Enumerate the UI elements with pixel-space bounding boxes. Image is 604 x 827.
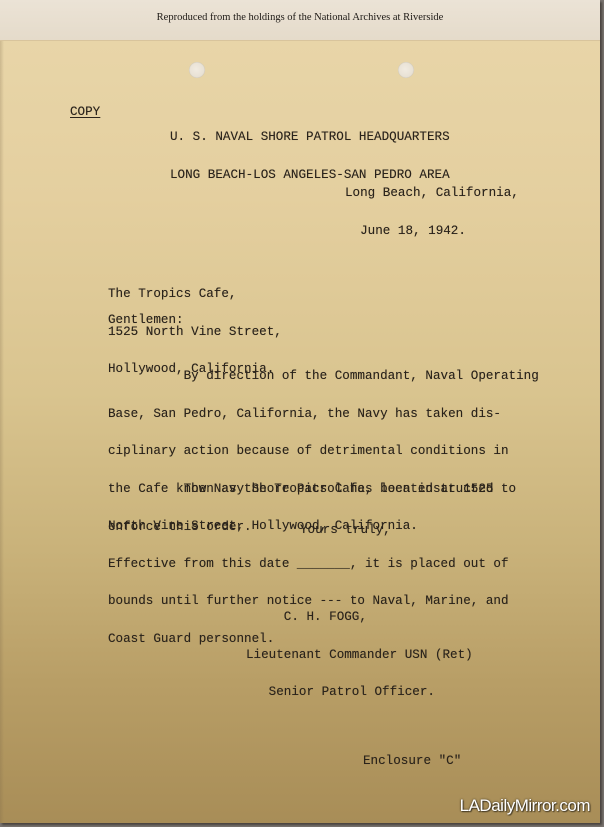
paragraph-2-line: The Navy Shore Patrol has been instructe…: [108, 483, 516, 496]
scan-frame: Reproduced from the holdings of the Nati…: [0, 0, 600, 823]
punch-hole-right-icon: [398, 62, 414, 78]
paragraph-1-line: Base, San Pedro, California, the Navy ha…: [108, 408, 539, 421]
letterhead-line-1: U. S. NAVAL SHORE PATROL HEADQUARTERS: [170, 131, 450, 144]
recipient-name: The Tropics Cafe,: [108, 288, 282, 301]
date-line: June 18, 1942.: [345, 225, 519, 238]
archive-note: Reproduced from the holdings of the Nati…: [0, 12, 600, 23]
site-watermark: LADailyMirror.com: [460, 796, 590, 816]
body-paragraph-2: The Navy Shore Patrol has been instructe…: [108, 458, 516, 558]
paragraph-1-line: Effective from this date _______, it is …: [108, 558, 539, 571]
signer-name: C. H. FOGG,: [246, 611, 473, 624]
recipient-street: 1525 North Vine Street,: [108, 326, 282, 339]
signature-block: C. H. FOGG, Lieutenant Commander USN (Re…: [246, 586, 473, 724]
punch-hole-left-icon: [189, 62, 205, 78]
closing: Yours truly,: [300, 524, 391, 537]
archive-header-strip: Reproduced from the holdings of the Nati…: [0, 0, 600, 44]
signer-rank: Lieutenant Commander USN (Ret): [246, 649, 473, 662]
paragraph-1-line: By direction of the Commandant, Naval Op…: [108, 370, 539, 383]
place-date: Long Beach, California, June 18, 1942.: [345, 162, 519, 262]
enclosure-note: Enclosure "C": [363, 755, 461, 768]
letter-page: COPY U. S. NAVAL SHORE PATROL HEADQUARTE…: [0, 40, 600, 823]
paragraph-1-line: ciplinary action because of detrimental …: [108, 445, 539, 458]
copy-mark: COPY: [70, 106, 100, 119]
place-line: Long Beach, California,: [345, 187, 519, 200]
salutation: Gentlemen:: [108, 314, 184, 327]
signer-title: Senior Patrol Officer.: [246, 686, 473, 699]
